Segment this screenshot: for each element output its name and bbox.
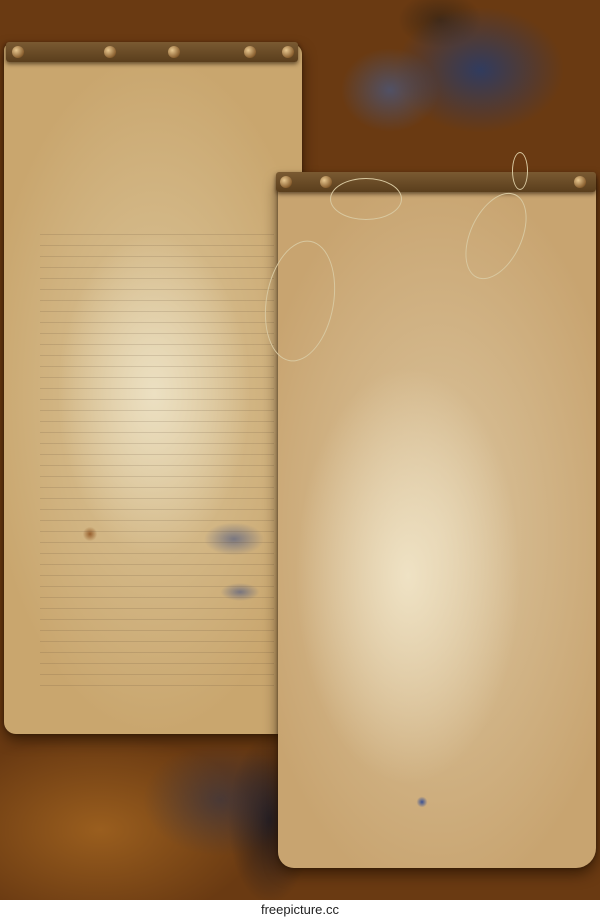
left-ornate-metal-bar bbox=[6, 42, 298, 62]
rivet-icon bbox=[282, 46, 294, 58]
illegible-handwriting bbox=[40, 224, 274, 694]
rivet-icon bbox=[574, 176, 586, 188]
rivet-icon bbox=[104, 46, 116, 58]
grunge-background bbox=[0, 0, 600, 900]
rivet-icon bbox=[320, 176, 332, 188]
right-ornate-metal-bar bbox=[276, 172, 596, 192]
watermark-text: freepicture.cc bbox=[0, 900, 600, 920]
rivet-icon bbox=[12, 46, 24, 58]
rivet-icon bbox=[168, 46, 180, 58]
left-parchment-sheet bbox=[4, 44, 302, 734]
rivet-icon bbox=[280, 176, 292, 188]
rivet-icon bbox=[244, 46, 256, 58]
twine-loop bbox=[512, 152, 528, 190]
twine-loop bbox=[330, 178, 402, 220]
